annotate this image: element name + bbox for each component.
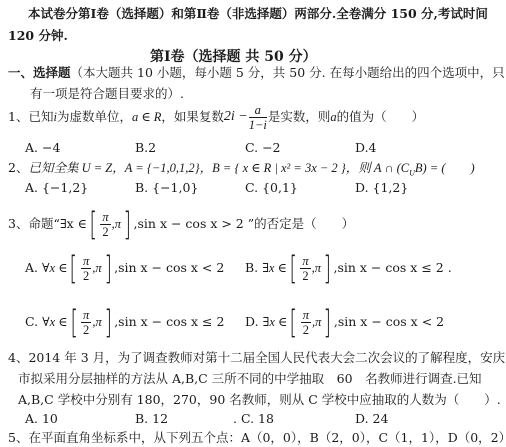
intro-line-1: 本试卷分第Ⅰ卷（选择题）和第Ⅱ卷（非选择题）两部分.全卷满分 150 分,考试时…: [28, 6, 488, 22]
interval: [ π2 ,π ]: [87, 208, 134, 240]
q2-option-a[interactable]: A. {−1,2}: [25, 180, 88, 196]
q2-option-c[interactable]: C. {0,1}: [245, 180, 298, 196]
fraction: a 1−i: [249, 103, 267, 132]
part1-heading: 一、选择题: [8, 65, 71, 80]
q3-option-b[interactable]: B. ∃x ∈ [π2,π] ,sin x − cos x ≤ 2 .: [245, 250, 452, 286]
q3-option-c[interactable]: C. ∀x ∈ [π2,π] ,sin x − cos x ≤ 2: [25, 304, 224, 340]
q4-option-b[interactable]: B. 12: [135, 411, 168, 427]
q1-option-a[interactable]: A. −4: [25, 140, 60, 156]
question-1-stem: 1、 已知 i 为虚数单位， a ∈ R ，如果复数 2i − a 1−i 是实…: [8, 100, 424, 134]
q3-option-a[interactable]: A. ∀x ∈ [π2,π] ,sin x − cos x < 2: [25, 250, 224, 286]
q1-option-d[interactable]: D.4: [355, 140, 377, 156]
q1-option-c[interactable]: C. −2: [245, 140, 281, 156]
q4-option-a[interactable]: A. 10: [25, 411, 58, 427]
question-4-line-1: 4、2014 年 3 月，为了调查教师对第十二届全国人民代表大会二次会议的了解程…: [8, 350, 505, 366]
question-3-stem: 3、 命题“∃x ∈ [ π2 ,π ] ,sin x − cos x > 2 …: [8, 206, 354, 242]
question-2-stem: 2、已知全集 U = Z，A = {−1,0,1,2}，B = { x ∈ R …: [8, 160, 475, 182]
q4-option-d[interactable]: D. 24: [355, 411, 388, 427]
part1-instructions: 一、选择题（本大题共 10 小题，每小题 5 分，共 50 分. 在每小题给出的…: [8, 65, 505, 81]
intro-line-2: 120 分钟.: [8, 28, 68, 44]
question-4-line-3: A,B,C 学校中分别有 180，270，90 名教师，则从 C 学校中应抽取的…: [18, 392, 501, 408]
q3-option-d[interactable]: D. ∃x ∈ [π2,π] ,sin x − cos x < 2: [245, 304, 444, 340]
q2-option-d[interactable]: D. {1,2}: [355, 180, 408, 196]
q4-option-c[interactable]: . C. 18: [233, 411, 274, 427]
q1-option-b[interactable]: B.2: [135, 140, 156, 156]
section-title: 第Ⅰ卷（选择题 共 50 分）: [150, 46, 317, 66]
part1-instr-1: （本大题共 10 小题，每小题 5 分，共 50 分. 在每小题给出的四个选项中…: [71, 65, 505, 80]
question-4-line-2: 市拟采用分层抽样的方法从 A,B,C 三所不同的中学抽取 60 名教师进行调查.…: [18, 371, 482, 387]
q2-option-b[interactable]: B. {−1,0}: [135, 180, 198, 196]
question-5-line-1: 5、在平面直角坐标系中，从下列五个点：A（0，0），B（2，0），C（1，1），…: [8, 430, 506, 446]
